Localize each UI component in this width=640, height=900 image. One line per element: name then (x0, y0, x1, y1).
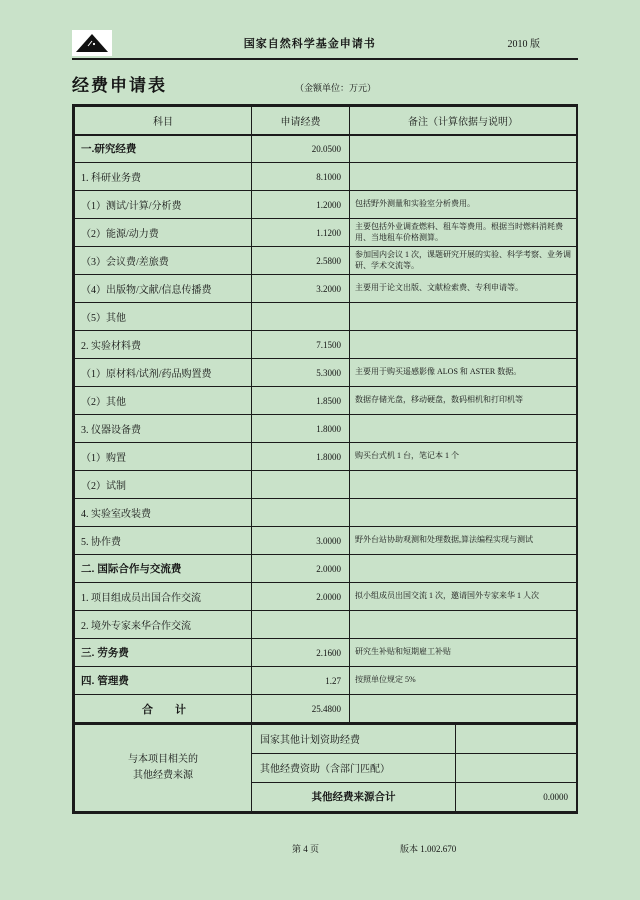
table-header-row: 科目 申请经费 备注（计算依据与说明） (75, 107, 577, 135)
doc-edition: 2010 版 (508, 35, 541, 50)
title-row: 经费申请表 （金额单位：万元） (72, 72, 578, 96)
subject-cell: 4. 实验室改装费 (75, 499, 252, 527)
table-row: （1）测试/计算/分析费 1.2000 包括野外测量和实验室分析费用。 (75, 191, 577, 219)
table-row: （1）原材料/试剂/药品购置费 5.3000 主要用于购买遥感影像 ALOS 和… (75, 359, 577, 387)
subject-cell: 一.研究经费 (75, 135, 252, 163)
amount-cell: 8.1000 (252, 163, 350, 191)
subject-cell: 5. 协作费 (75, 527, 252, 555)
note-cell: 主要包括外业调查燃料、租车等费用。根据当时燃料消耗费用、当地租车价格测算。 (350, 219, 577, 247)
subject-cell: （5）其他 (75, 303, 252, 331)
note-cell: 按照单位规定 5% (350, 667, 577, 695)
subject-cell: 3. 仪器设备费 (75, 415, 252, 443)
subject-cell: （1）购置 (75, 443, 252, 471)
note-cell: 购买台式机 1 台，笔记本 1 个 (350, 443, 577, 471)
footer-version: 版本 1.002.670 (400, 842, 456, 855)
source-amount-cell (456, 724, 577, 753)
group-label-line1: 与本项目相关的 (75, 752, 251, 768)
total-amount-cell: 25.4800 (252, 695, 350, 723)
subject-cell: （1）原材料/试剂/药品购置费 (75, 359, 252, 387)
amount-cell: 3.2000 (252, 275, 350, 303)
col-header-note: 备注（计算依据与说明） (350, 107, 577, 135)
document-header: 国家自然科学基金申请书 2010 版 (72, 30, 578, 60)
subject-cell: （2）其他 (75, 387, 252, 415)
table-row: （5）其他 (75, 303, 577, 331)
subject-cell: 1. 科研业务费 (75, 163, 252, 191)
table-row: （3）会议费/差旅费 2.5800 参加国内会议 1 次，课题研究开展的实验、科… (75, 247, 577, 275)
subject-cell: （2）能源/动力费 (75, 219, 252, 247)
page-title: 经费申请表 (72, 71, 167, 96)
subject-cell: 二. 国际合作与交流费 (75, 555, 252, 583)
other-total-label-cell: 其他经费来源合计 (252, 782, 456, 811)
footer-page-number: 第 4 页 (292, 842, 319, 855)
total-note-cell (350, 695, 577, 723)
note-cell: 参加国内会议 1 次，课题研究开展的实验、科学考察、业务调研、学术交流等。 (350, 247, 577, 275)
note-cell (350, 471, 577, 499)
table-row: 2. 实验材料费 7.1500 (75, 331, 577, 359)
amount-cell: 1.8500 (252, 387, 350, 415)
amount-cell: 2.5800 (252, 247, 350, 275)
subject-cell: （3）会议费/差旅费 (75, 247, 252, 275)
amount-cell (252, 611, 350, 639)
note-cell (350, 303, 577, 331)
note-cell: 研究生补贴和短期雇工补贴 (350, 639, 577, 667)
note-cell: 主要用于论文出版、文献检索费、专利申请等。 (350, 275, 577, 303)
amount-cell: 1.2000 (252, 191, 350, 219)
table-row: 2. 境外专家来华合作交流 (75, 611, 577, 639)
subject-cell: 2. 实验材料费 (75, 331, 252, 359)
note-cell: 主要用于购买遥感影像 ALOS 和 ASTER 数据。 (350, 359, 577, 387)
col-header-subject: 科目 (75, 107, 252, 135)
other-funding-group-label: 与本项目相关的 其他经费来源 (75, 724, 252, 811)
table-row: 三. 劳务费 2.1600 研究生补贴和短期雇工补贴 (75, 639, 577, 667)
col-header-amount: 申请经费 (252, 107, 350, 135)
table-row: （4）出版物/文献/信息传播费 3.2000 主要用于论文出版、文献检索费、专利… (75, 275, 577, 303)
table-row: 1. 科研业务费 8.1000 (75, 163, 577, 191)
note-cell: 包括野外测量和实验室分析费用。 (350, 191, 577, 219)
subject-cell: 三. 劳务费 (75, 639, 252, 667)
note-cell (350, 499, 577, 527)
amount-cell (252, 303, 350, 331)
amount-cell: 1.27 (252, 667, 350, 695)
page-content: 国家自然科学基金申请书 2010 版 经费申请表 （金额单位：万元） 科目 申请… (72, 30, 578, 814)
note-cell (350, 415, 577, 443)
amount-cell: 5.3000 (252, 359, 350, 387)
note-cell (350, 555, 577, 583)
note-cell: 野外台站协助观测和处理数据,算法编程实现与测试 (350, 527, 577, 555)
table-row: （1）购置 1.8000 购买台式机 1 台，笔记本 1 个 (75, 443, 577, 471)
amount-cell: 2.0000 (252, 583, 350, 611)
amount-cell (252, 471, 350, 499)
other-funding-row: 与本项目相关的 其他经费来源 国家其他计划资助经费 (75, 724, 577, 753)
subject-cell: 四. 管理费 (75, 667, 252, 695)
amount-cell: 3.0000 (252, 527, 350, 555)
other-total-amount-cell: 0.0000 (456, 782, 577, 811)
amount-cell: 2.1600 (252, 639, 350, 667)
note-cell (350, 611, 577, 639)
table-row: 5. 协作费 3.0000 野外台站协助观测和处理数据,算法编程实现与测试 (75, 527, 577, 555)
table-row: 二. 国际合作与交流费 2.0000 (75, 555, 577, 583)
source-label-cell: 其他经费资助（含部门匹配） (252, 753, 456, 782)
group-label-line2: 其他经费来源 (75, 768, 251, 784)
amount-cell: 1.8000 (252, 443, 350, 471)
doc-title: 国家自然科学基金申请书 (112, 35, 508, 51)
amount-cell: 20.0500 (252, 135, 350, 163)
total-row: 合 计 25.4800 (75, 695, 577, 723)
note-cell (350, 331, 577, 359)
note-cell (350, 163, 577, 191)
table-row: 4. 实验室改装费 (75, 499, 577, 527)
table-row: （2）试制 (75, 471, 577, 499)
table-row: 1. 项目组成员出国合作交流 2.0000 拟小组成员出国交流 1 次，邀请国外… (75, 583, 577, 611)
subject-cell: 2. 境外专家来华合作交流 (75, 611, 252, 639)
amount-cell: 1.1200 (252, 219, 350, 247)
subject-cell: （1）测试/计算/分析费 (75, 191, 252, 219)
nsfc-logo (72, 30, 112, 56)
note-cell: 数据存储光盘，移动硬盘，数码相机和打印机等 (350, 387, 577, 415)
other-funding-table: 与本项目相关的 其他经费来源 国家其他计划资助经费 其他经费资助（含部门匹配） … (74, 723, 577, 812)
subject-cell: 1. 项目组成员出国合作交流 (75, 583, 252, 611)
source-label-cell: 国家其他计划资助经费 (252, 724, 456, 753)
table-row: 四. 管理费 1.27 按照单位规定 5% (75, 667, 577, 695)
budget-table-wrap: 科目 申请经费 备注（计算依据与说明） 一.研究经费 20.0500 1. 科研… (72, 104, 578, 814)
application-form-page: 国家自然科学基金申请书 2010 版 经费申请表 （金额单位：万元） 科目 申请… (0, 0, 640, 900)
mountain-logo-icon (75, 32, 109, 54)
total-label-cell: 合 计 (75, 695, 252, 723)
note-cell: 拟小组成员出国交流 1 次，邀请国外专家来华 1 人次 (350, 583, 577, 611)
amount-cell (252, 499, 350, 527)
budget-table: 科目 申请经费 备注（计算依据与说明） 一.研究经费 20.0500 1. 科研… (74, 106, 577, 723)
table-row: （2）能源/动力费 1.1200 主要包括外业调查燃料、租车等费用。根据当时燃料… (75, 219, 577, 247)
note-cell (350, 135, 577, 163)
amount-cell: 2.0000 (252, 555, 350, 583)
table-row: 3. 仪器设备费 1.8000 (75, 415, 577, 443)
table-row: （2）其他 1.8500 数据存储光盘，移动硬盘，数码相机和打印机等 (75, 387, 577, 415)
unit-note: （金额单位：万元） (295, 81, 376, 96)
amount-cell: 7.1500 (252, 331, 350, 359)
subject-cell: （2）试制 (75, 471, 252, 499)
source-amount-cell (456, 753, 577, 782)
table-row: 一.研究经费 20.0500 (75, 135, 577, 163)
amount-cell: 1.8000 (252, 415, 350, 443)
subject-cell: （4）出版物/文献/信息传播费 (75, 275, 252, 303)
